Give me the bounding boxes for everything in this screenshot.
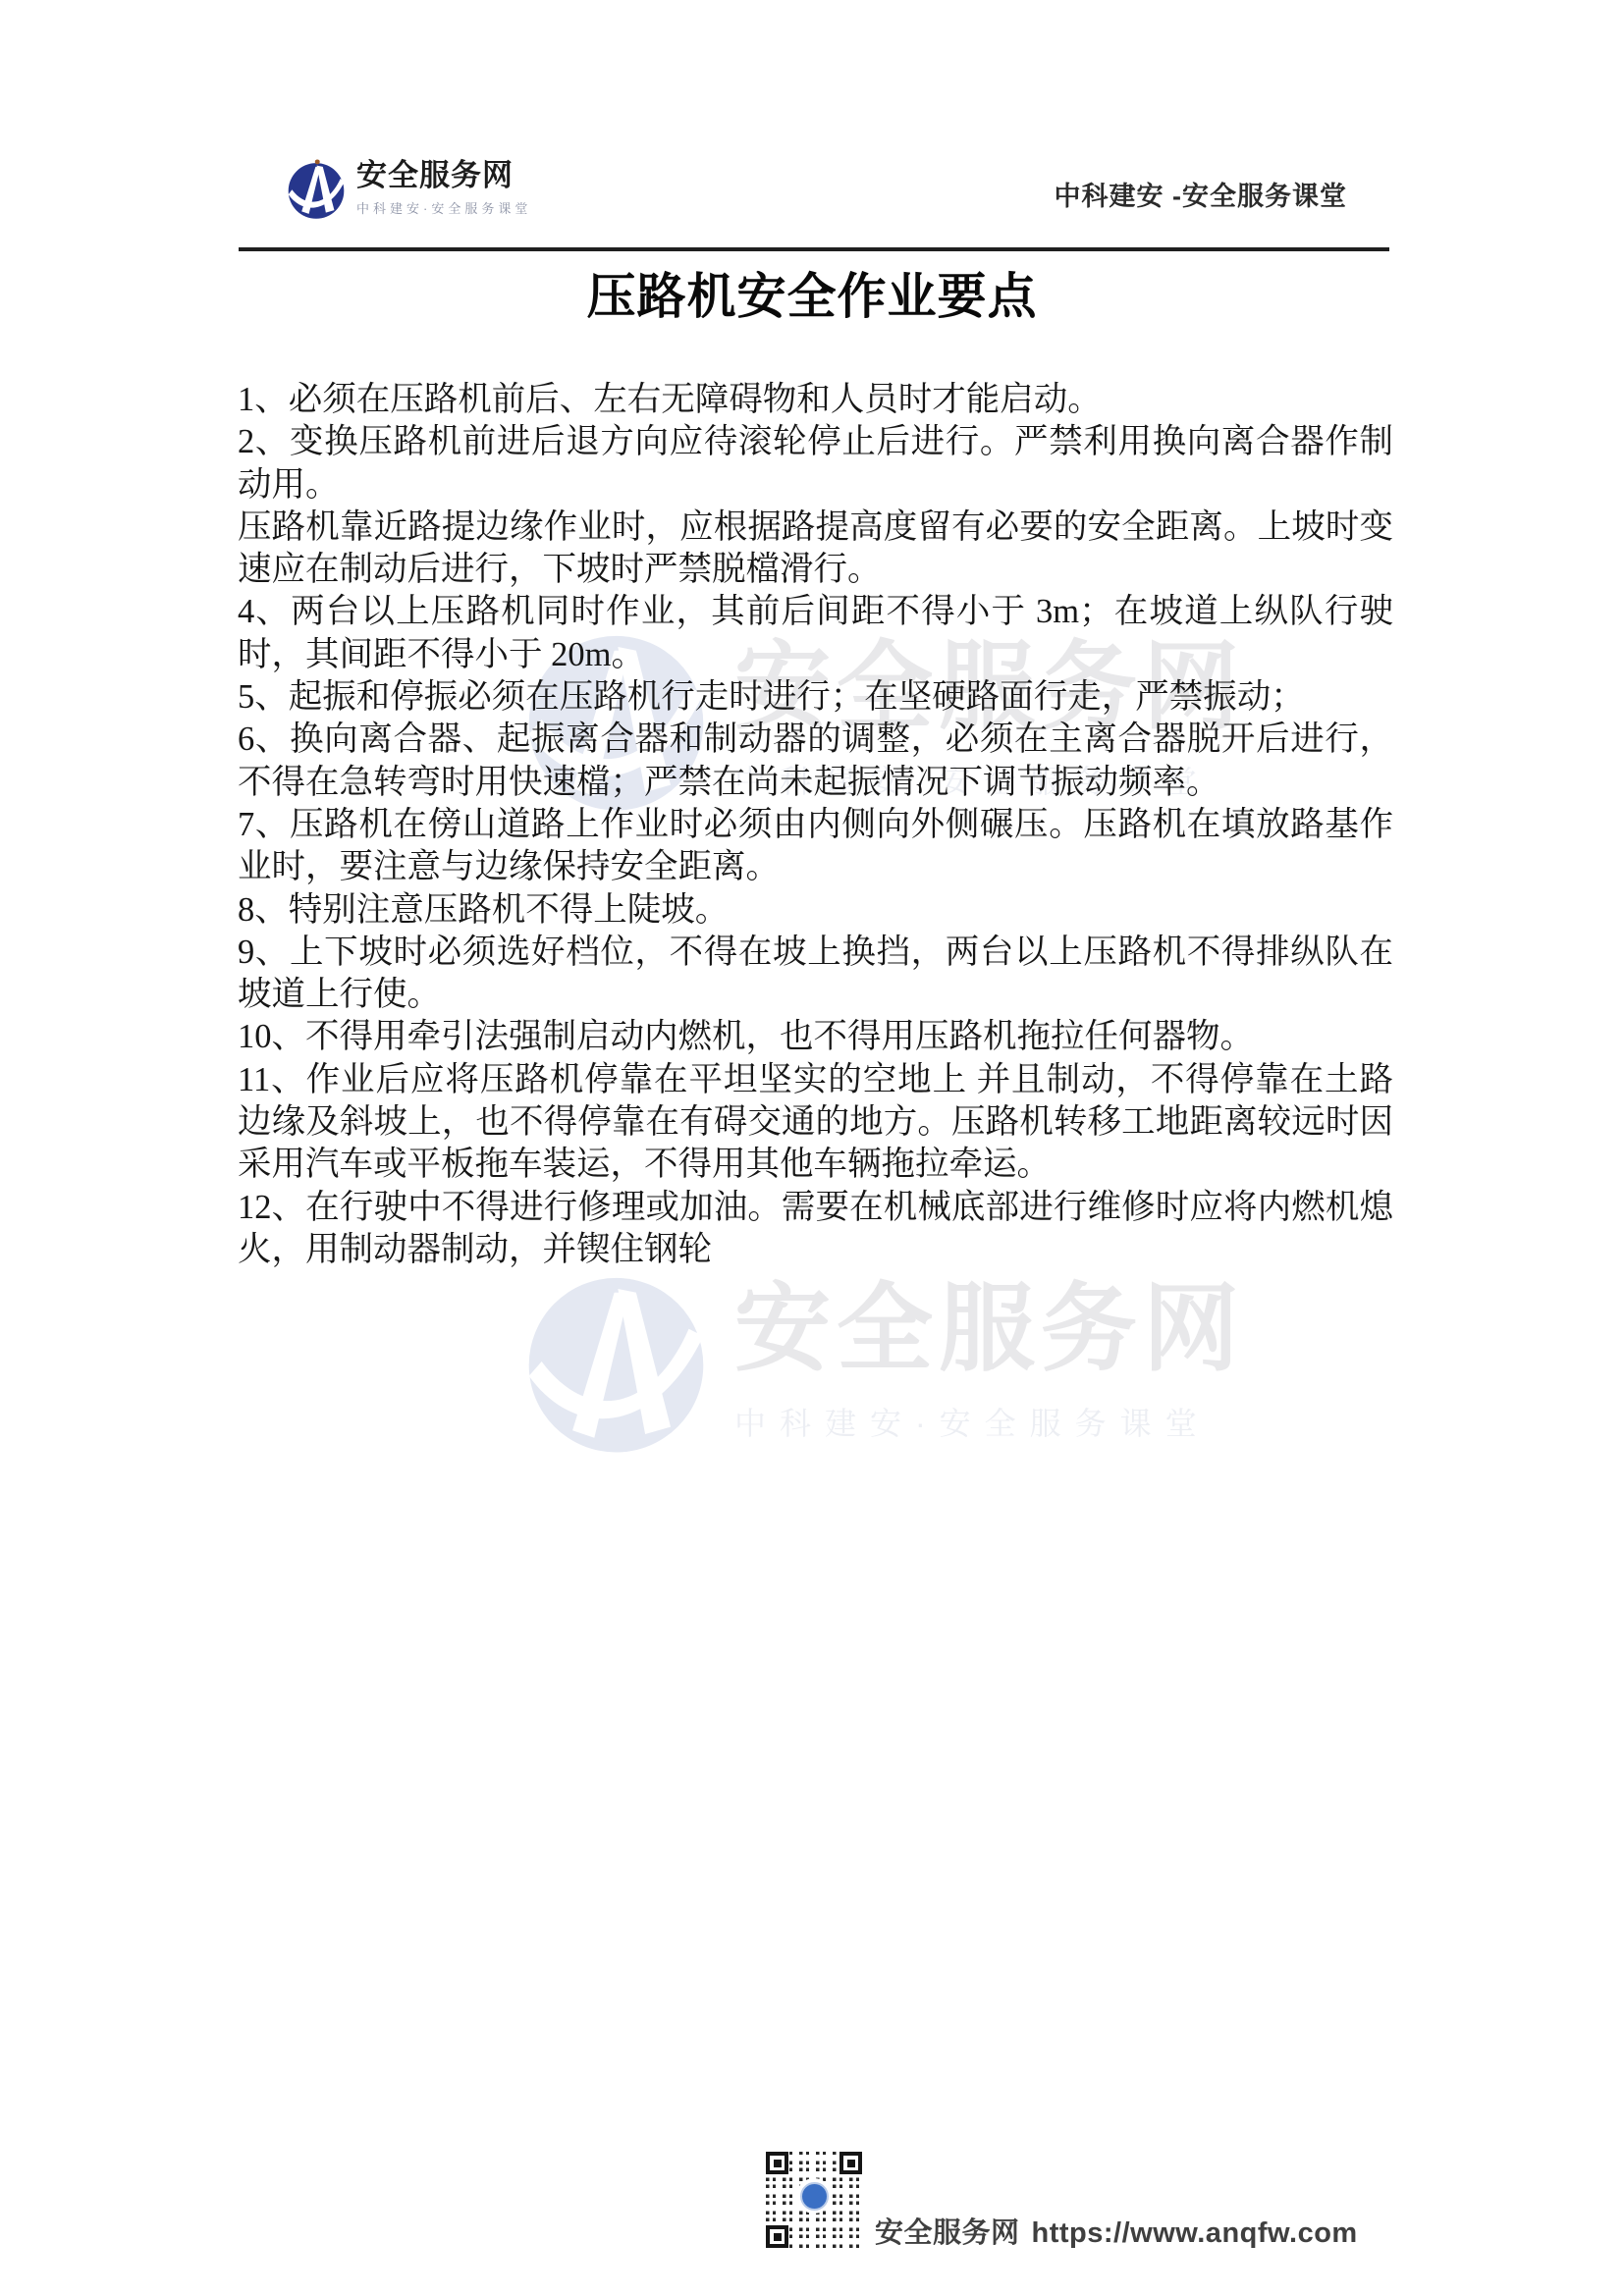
document-body: 1、必须在压路机前后、左右无障碍物和人员时才能启动。 2、变换压路机前进后退方向… (238, 379, 1393, 1271)
body-paragraph-11: 11、作业后应将压路机停靠在平坦坚实的空地上 并且制动，不得停靠在土路边缘及斜坡… (238, 1059, 1393, 1187)
qr-finder-top-left (766, 2152, 788, 2174)
logo-text-block: 安全服务网 中科建安·安全服务课堂 (356, 157, 531, 217)
watermark-logo-icon (525, 1263, 707, 1460)
header-divider (239, 247, 1389, 251)
qr-finder-bottom-left (766, 2225, 788, 2248)
body-paragraph-2: 2、变换压路机前进后退方向应待滚轮停止后进行。严禁利用换向离合器作制动用。 (238, 421, 1393, 507)
body-paragraph-5: 5、起振和停振必须在压路机行走时进行；在坚硬路面行走，严禁振动； (238, 676, 1393, 719)
logo-subtitle: 中科建安·安全服务课堂 (356, 198, 531, 217)
body-paragraph-12: 12、在行驶中不得进行修理或加油。需要在机械底部进行维修时应将内燃机熄火，用制动… (238, 1187, 1393, 1272)
body-paragraph-1: 1、必须在压路机前后、左右无障碍物和人员时才能启动。 (238, 379, 1393, 421)
watermark-subtitle: 中科建安·安全服务课堂 (734, 1399, 1245, 1444)
body-paragraph-7: 7、压路机在傍山道路上作业时必须由内侧向外侧碾压。压路机在填放路基作业时，要注意… (238, 804, 1393, 889)
footer-url: https://www.anqfw.com (1032, 2217, 1358, 2249)
qr-center-badge (796, 2178, 832, 2214)
logo-title: 安全服务网 (356, 159, 531, 192)
document-page: 安全服务网 中科建安·安全服务课堂 中科建安 -安全服务课堂 压路机安全作业要点… (0, 0, 1624, 2296)
header-right-text: 中科建安 -安全服务课堂 (1055, 175, 1348, 213)
body-paragraph-4: 4、两台以上压路机同时作业，其前后间距不得小于 3m；在坡道上纵队行驶时，其间距… (238, 591, 1393, 676)
qr-code (766, 2152, 862, 2248)
qr-center-logo-icon (800, 2182, 829, 2211)
page-title: 压路机安全作业要点 (0, 257, 1624, 328)
watermark-lower: 安全服务网 中科建安·安全服务课堂 (525, 1249, 1193, 1474)
qr-finder-top-right (839, 2152, 862, 2174)
body-paragraph-6: 6、换向离合器、起振离合器和制动器的调整，必须在主离合器脱开后进行，不得在急转弯… (238, 719, 1393, 804)
footer-text: 安全服务网https://www.anqfw.com (875, 2211, 1358, 2251)
body-paragraph-10: 10、不得用牵引法强制启动内燃机，也不得用压路机拖拉任何器物。 (238, 1016, 1393, 1058)
watermark-text-block: 安全服务网 中科建安·安全服务课堂 (734, 1279, 1245, 1444)
anqfw-logo-icon (286, 157, 347, 220)
body-paragraph-9: 9、上下坡时必须选好档位，不得在坡上换挡，两台以上压路机不得排纵队在坡道上行使。 (238, 932, 1393, 1017)
footer-site-name: 安全服务网 (875, 2217, 1020, 2249)
site-logo: 安全服务网 中科建安·安全服务课堂 (286, 157, 531, 220)
body-paragraph-3: 压路机靠近路提边缘作业时，应根据路提高度留有必要的安全距离。上坡时变速应在制动后… (238, 507, 1393, 592)
body-paragraph-8: 8、特别注意压路机不得上陡坡。 (238, 889, 1393, 932)
watermark-title: 安全服务网 (734, 1279, 1245, 1377)
